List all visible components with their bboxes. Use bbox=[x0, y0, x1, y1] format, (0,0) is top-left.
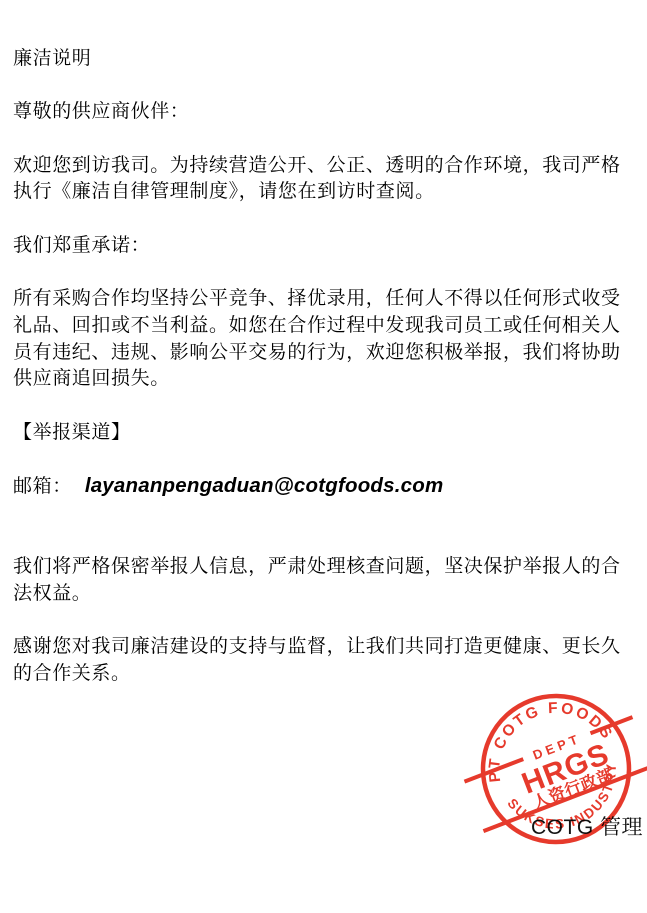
text-line: 的合作关系。 bbox=[13, 661, 647, 688]
paragraph-report-channel-heading: 【举报渠道】 bbox=[13, 420, 647, 447]
text-line: 尊敬的供应商伙伴： bbox=[13, 99, 647, 126]
signature-text: COTG 管理 bbox=[531, 817, 643, 839]
text-line: 【举报渠道】 bbox=[13, 420, 647, 447]
document-body: 廉洁说明 尊敬的供应商伙伴：欢迎您到访我司。为持续营造公开、公正、透明的合作环境… bbox=[13, 46, 647, 714]
text-line: 所有采购合作均坚持公平竞争、择优录用，任何人不得以任何形式收受 bbox=[13, 286, 647, 313]
document-title: 廉洁说明 bbox=[13, 46, 647, 73]
document-paragraphs-bottom: 我们将严格保密举报人信息，严肃处理核查问题，坚决保护举报人的合法权益。感谢您对我… bbox=[13, 554, 647, 688]
paragraph-promise-heading: 我们郑重承诺： bbox=[13, 233, 647, 260]
text-line: 感谢您对我司廉洁建设的支持与监督，让我们共同打造更健康、更长久 bbox=[13, 634, 647, 661]
text-line: 员有违纪、违规、影响公平交易的行为，欢迎您积极举报，我们将协助 bbox=[13, 340, 647, 367]
text-line: 执行《廉洁自律管理制度》，请您在到访时查阅。 bbox=[13, 179, 647, 206]
paragraph-closing: 感谢您对我司廉洁建设的支持与监督，让我们共同打造更健康、更长久的合作关系。 bbox=[13, 634, 647, 687]
text-line: 我们将严格保密举报人信息，严肃处理核查问题，坚决保护举报人的合 bbox=[13, 554, 647, 581]
text-line: 法权益。 bbox=[13, 581, 647, 608]
text-line: 我们郑重承诺： bbox=[13, 233, 647, 260]
stamp-dept-chinese: 人资行政部 bbox=[530, 764, 617, 813]
text-line: 礼品、回扣或不当利益。如您在合作过程中发现我司员工或任何相关人 bbox=[13, 313, 647, 340]
paragraph-confidentiality: 我们将严格保密举报人信息，严肃处理核查问题，坚决保护举报人的合法权益。 bbox=[13, 554, 647, 607]
text-line: 欢迎您到访我司。为持续营造公开、公正、透明的合作环境，我司严格 bbox=[13, 153, 647, 180]
email-line: 邮箱：layananpengaduan@cotgfoods.com bbox=[13, 473, 647, 501]
email-label: 邮箱： bbox=[13, 476, 72, 497]
paragraph-intro: 欢迎您到访我司。为持续营造公开、公正、透明的合作环境，我司严格执行《廉洁自律管理… bbox=[13, 153, 647, 206]
stamp-band-line-top-right bbox=[590, 717, 632, 733]
stamp-dept-label: DEPT bbox=[531, 731, 584, 763]
stamp-band-line-top-left bbox=[464, 759, 523, 782]
document-paragraphs-top: 尊敬的供应商伙伴：欢迎您到访我司。为持续营造公开、公正、透明的合作环境，我司严格… bbox=[13, 99, 647, 446]
text-line: 供应商追回损失。 bbox=[13, 366, 647, 393]
paragraph-promise: 所有采购合作均坚持公平竞争、择优录用，任何人不得以任何形式收受礼品、回扣或不当利… bbox=[13, 286, 647, 393]
stamp-dept-code: HRGS bbox=[517, 737, 613, 800]
email-address: layananpengaduan@cotgfoods.com bbox=[85, 474, 444, 497]
paragraph-salutation: 尊敬的供应商伙伴： bbox=[13, 99, 647, 126]
